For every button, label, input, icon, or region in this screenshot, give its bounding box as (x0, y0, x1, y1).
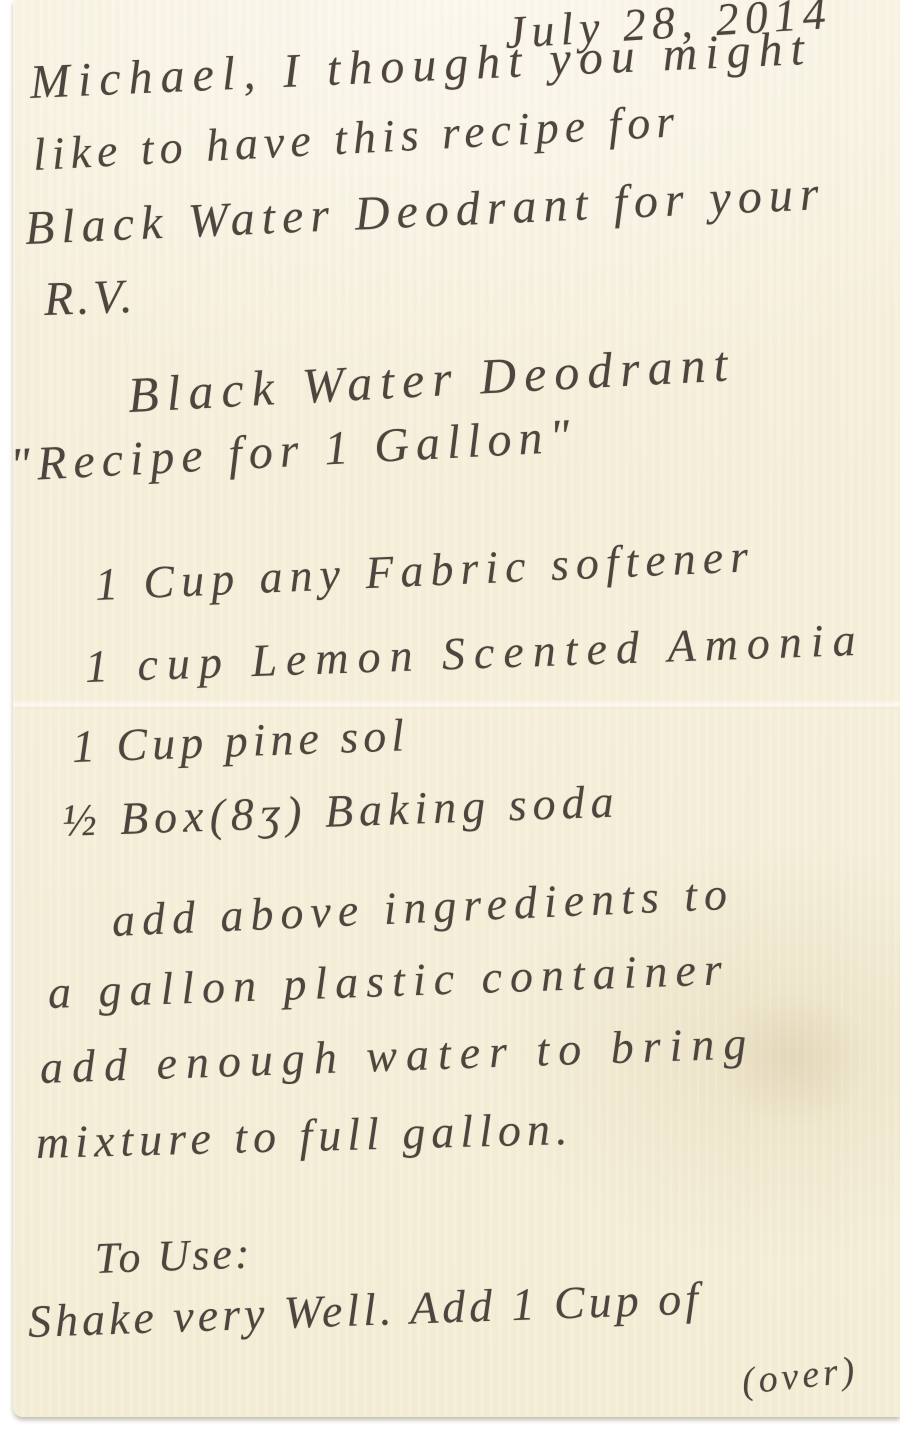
scanned-note: July 28, 2014 Michael, I thought you mig… (0, 0, 900, 1432)
message-line-4: R.V. (43, 271, 137, 327)
to-use-heading: To Use: (94, 1230, 253, 1284)
